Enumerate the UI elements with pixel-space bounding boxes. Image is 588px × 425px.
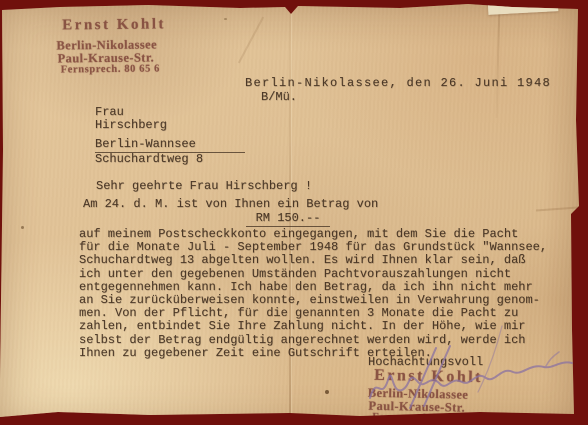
amount-line: RM 150.--	[246, 212, 330, 227]
body-paragraph: auf meinem Postscheckkonto eingegangen, …	[79, 228, 531, 360]
paper-stain-fleck	[325, 390, 329, 394]
intro-line: Am 24. d. M. ist von Ihnen ein Betrag vo…	[83, 198, 378, 211]
recipient-city: Berlin-Wannsee	[95, 138, 245, 153]
letterhead-sender-name: Ernst Kohlt	[62, 16, 166, 34]
reference-initials: B/Mü.	[261, 91, 297, 104]
tape-fragment	[488, 0, 559, 15]
signature-stamp: Ernst Kohlt Berlin-Nikolassee Paul-Kraus…	[0, 0, 588, 6]
signature-stamp-name: Ernst Kohlt	[374, 367, 483, 387]
paper-stain-fleck	[21, 226, 24, 229]
letter-paper: Ernst Kohlt Berlin-Nikolassee Paul-Kraus…	[0, 0, 588, 425]
body-line: Schuchardtweg 13 abgelten wollen. Es wir…	[79, 254, 531, 267]
recipient-street: Schuchardtweg 8	[95, 153, 203, 166]
right-edge-crease	[536, 207, 578, 212]
body-line: selbst der Betrag endgültig angerechnet …	[79, 334, 531, 347]
paper-stain-fleck	[224, 18, 227, 20]
signature-stamp-phone-line: Fernsprech. 80 65 6	[372, 412, 471, 425]
date-line: Berlin-Nikolassee, den 26. Juni 1948	[245, 77, 551, 90]
letterhead-stamp: Ernst Kohlt Berlin-Nikolassee Paul-Kraus…	[0, 0, 588, 3]
letterhead-phone-line: Fernsprech. 80 65 6	[61, 63, 160, 75]
body-line: ich unter den gegebenen Umständen Pachtv…	[79, 268, 531, 281]
top-middle-crease	[238, 17, 264, 64]
scanned-letter: Ernst Kohlt Berlin-Nikolassee Paul-Kraus…	[0, 0, 588, 425]
salutation-line: Sehr geehrte Frau Hirschberg !	[96, 180, 312, 193]
recipient-city-underlined: Berlin-Wannsee	[95, 138, 245, 153]
body-line: zahlen, entbindet Sie Ihre Zahlung nicht…	[79, 320, 531, 333]
top-right-crease	[496, 6, 501, 118]
recipient-name: Hirschberg	[95, 119, 167, 132]
